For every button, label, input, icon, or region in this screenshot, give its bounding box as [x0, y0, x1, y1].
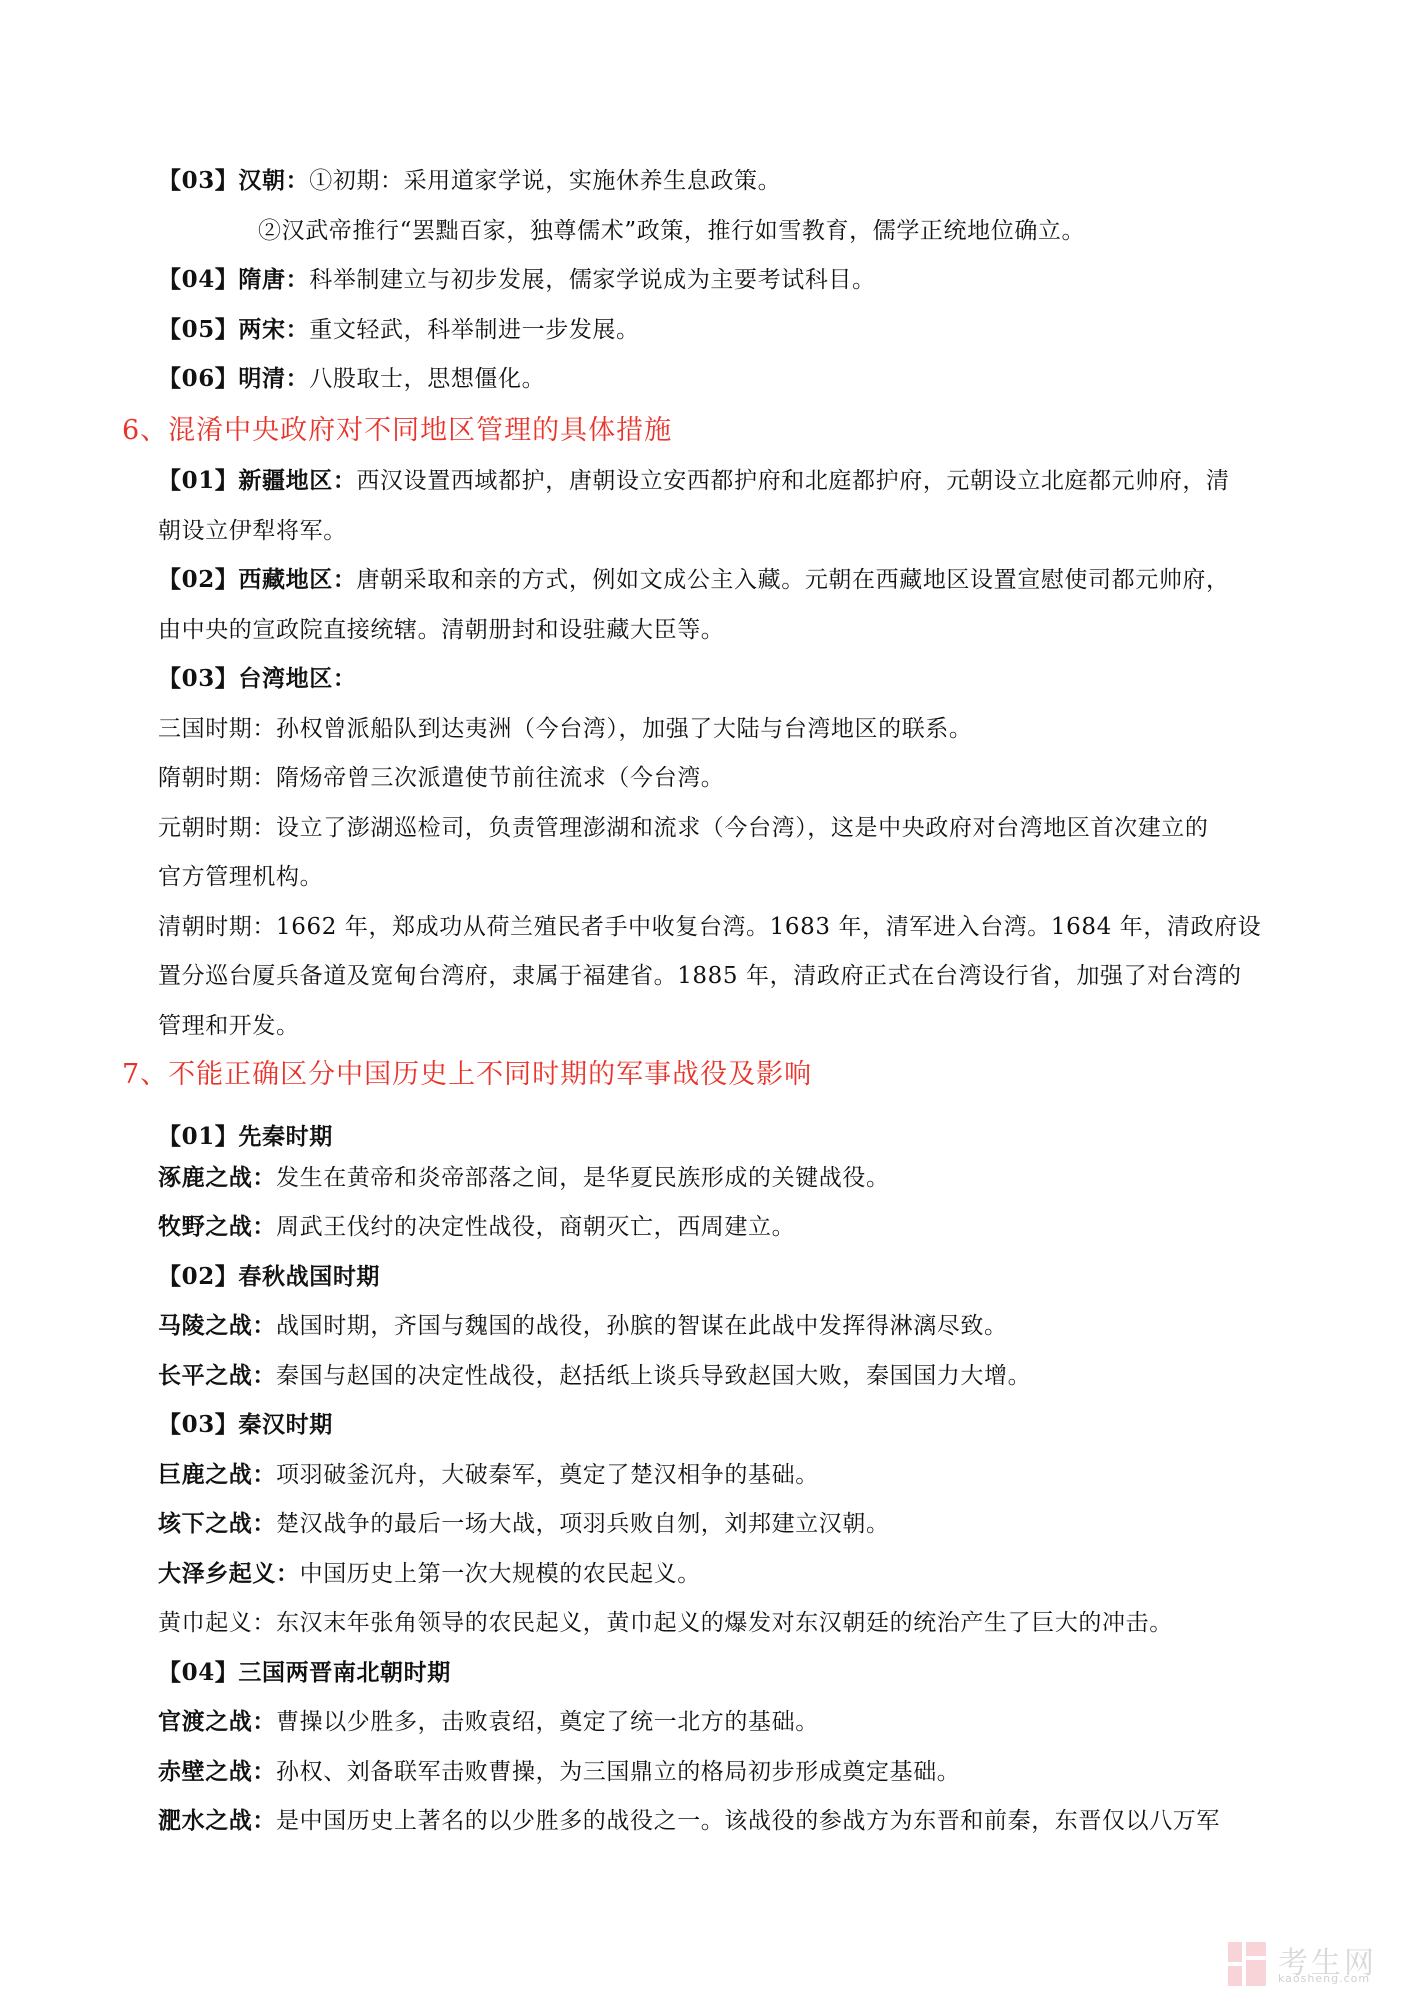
- item-tag: 【01】: [158, 1123, 238, 1150]
- period-title: 三国两晋南北朝时期: [238, 1659, 450, 1686]
- taiwan-qing-line-3: 管理和开发。: [158, 1011, 1298, 1041]
- item-label: 新疆地区：: [238, 467, 356, 494]
- battle-label: 淝水之战：: [158, 1807, 276, 1834]
- item-tag: 【04】: [158, 266, 238, 293]
- item-text: 西汉设置西域都护，唐朝设立安西都护府和北庭都护府，元朝设立北庭都元帅府，清: [356, 468, 1229, 494]
- item-tag: 【01】: [158, 467, 238, 494]
- han-wudi-line: ②汉武帝推行“罢黜百家，独尊儒术”政策，推行如雪教育，儒学正统地位确立。: [258, 216, 1398, 246]
- battle-zhuolu: 涿鹿之战：发生在黄帝和炎帝部落之间，是华夏民族形成的关键战役。: [158, 1163, 1298, 1193]
- period-title: 春秋战国时期: [238, 1263, 380, 1290]
- item-label: 西藏地区：: [238, 566, 356, 593]
- period-3-heading: 【03】秦汉时期: [158, 1410, 1298, 1440]
- period-title: 秦汉时期: [238, 1411, 332, 1438]
- battle-text: 曹操以少胜多，击败袁绍，奠定了统一北方的基础。: [276, 1709, 819, 1735]
- battle-label: 大泽乡起义：: [158, 1560, 300, 1587]
- uprising-huangjin: 黄巾起义：东汉末年张角领导的农民起义，黄巾起义的爆发对东汉朝廷的统治产生了巨大的…: [158, 1608, 1298, 1638]
- item-text: ②汉武帝推行“罢黜百家，独尊儒术”政策，推行如雪教育，儒学正统地位确立。: [258, 218, 1085, 244]
- kaosheng-logo-icon: [1228, 1942, 1266, 1986]
- mingqing-line: 【06】明清：八股取士，思想僵化。: [158, 364, 1298, 394]
- item-label: 台湾地区：: [238, 665, 356, 692]
- xinjiang-line-1: 【01】新疆地区：西汉设置西域都护，唐朝设立安西都护府和北庭都护府，元朝设立北庭…: [158, 466, 1298, 496]
- section-7-heading: 7、不能正确区分中国历史上不同时期的军事战役及影响: [122, 1060, 1262, 1090]
- battle-label: 黄巾起义：: [158, 1610, 276, 1636]
- battle-text: 项羽破釜沉舟，大破秦军，奠定了楚汉相争的基础。: [276, 1462, 819, 1488]
- battle-label: 赤壁之战：: [158, 1758, 276, 1785]
- han-dynasty-line: 【03】汉朝：①初期：采用道家学说，实施休养生息政策。: [158, 166, 1298, 196]
- taiwan-qing-line-1: 清朝时期：1662 年，郑成功从荷兰殖民者手中收复台湾。1683 年，清军进入台…: [158, 912, 1298, 942]
- battle-guandu: 官渡之战：曹操以少胜多，击败袁绍，奠定了统一北方的基础。: [158, 1707, 1298, 1737]
- item-text: 唐朝采取和亲的方式，例如文成公主入藏。元朝在西藏地区设置宣慰使司都元帅府，: [356, 567, 1229, 593]
- battle-text: 楚汉战争的最后一场大战，项羽兵败自刎，刘邦建立汉朝。: [276, 1511, 890, 1537]
- item-tag: 【06】: [158, 365, 238, 392]
- item-tag: 【04】: [158, 1659, 238, 1686]
- item-text: ①初期：采用道家学说，实施休养生息政策。: [309, 168, 781, 194]
- taiwan-yuan-line-1: 元朝时期：设立了澎湖巡检司，负责管理澎湖和流求（今台湾），这是中央政府对台湾地区…: [158, 813, 1298, 843]
- battle-feishui: 淝水之战：是中国历史上著名的以少胜多的战役之一。该战役的参战方为东晋和前秦，东晋…: [158, 1806, 1298, 1836]
- item-text: 科举制建立与初步发展，儒家学说成为主要考试科目。: [309, 267, 875, 293]
- taiwan-qing-line-2: 置分巡台厦兵备道及宽甸台湾府，隶属于福建省。1885 年，清政府正式在台湾设行省…: [158, 961, 1298, 991]
- item-text: 八股取士，思想僵化。: [309, 366, 545, 392]
- battle-text: 孙权、刘备联军击败曹操，为三国鼎立的格局初步形成奠定基础。: [276, 1759, 960, 1785]
- section-6-heading: 6、混淆中央政府对不同地区管理的具体措施: [122, 416, 1262, 446]
- battle-maling: 马陵之战：战国时期，齐国与魏国的战役，孙膑的智谋在此战中发挥得淋漓尽致。: [158, 1311, 1298, 1341]
- item-tag: 【02】: [158, 1263, 238, 1290]
- period-1-heading: 【01】先秦时期: [158, 1122, 1298, 1152]
- uprising-dazexiang: 大泽乡起义：中国历史上第一次大规模的农民起义。: [158, 1559, 1298, 1589]
- watermark-en-text: kaosheng.com: [1278, 1972, 1370, 1985]
- period-2-heading: 【02】春秋战国时期: [158, 1262, 1298, 1292]
- period-title: 先秦时期: [238, 1123, 332, 1150]
- xizang-line-1: 【02】西藏地区：唐朝采取和亲的方式，例如文成公主入藏。元朝在西藏地区设置宣慰使…: [158, 565, 1298, 595]
- battle-label: 官渡之战：: [158, 1708, 276, 1735]
- item-label: 汉朝：: [238, 167, 309, 194]
- battle-label: 垓下之战：: [158, 1510, 276, 1537]
- item-tag: 【03】: [158, 665, 238, 692]
- period-4-heading: 【04】三国两晋南北朝时期: [158, 1658, 1298, 1688]
- taiwan-subheading: 【03】台湾地区：: [158, 664, 1298, 694]
- battle-julu: 巨鹿之战：项羽破釜沉舟，大破秦军，奠定了楚汉相争的基础。: [158, 1460, 1298, 1490]
- battle-text: 秦国与赵国的决定性战役，赵括纸上谈兵导致赵国大败，秦国国力大增。: [276, 1363, 1031, 1389]
- battle-text: 发生在黄帝和炎帝部落之间，是华夏民族形成的关键战役。: [276, 1165, 890, 1191]
- suitang-line: 【04】隋唐：科举制建立与初步发展，儒家学说成为主要考试科目。: [158, 265, 1298, 295]
- item-label: 隋唐：: [238, 266, 309, 293]
- battle-changping: 长平之战：秦国与赵国的决定性战役，赵括纸上谈兵导致赵国大败，秦国国力大增。: [158, 1361, 1298, 1391]
- item-text: 重文轻武，科举制进一步发展。: [309, 317, 639, 343]
- battle-text: 周武王伐纣的决定性战役，商朝灭亡，西周建立。: [276, 1214, 795, 1240]
- item-tag: 【03】: [158, 1411, 238, 1438]
- battle-label: 马陵之战：: [158, 1312, 276, 1339]
- xizang-line-2: 由中央的宣政院直接统辖。清朝册封和设驻藏大臣等。: [158, 615, 1298, 645]
- battle-label: 牧野之战：: [158, 1213, 276, 1240]
- item-tag: 【02】: [158, 566, 238, 593]
- kaosheng-watermark: 考生网 kaosheng.com: [1228, 1940, 1408, 1990]
- item-tag: 【05】: [158, 316, 238, 343]
- document-page: 【03】汉朝：①初期：采用道家学说，实施休养生息政策。 ②汉武帝推行“罢黜百家，…: [0, 0, 1412, 2008]
- item-label: 明清：: [238, 365, 309, 392]
- song-line: 【05】两宋：重文轻武，科举制进一步发展。: [158, 315, 1298, 345]
- battle-muye: 牧野之战：周武王伐纣的决定性战役，商朝灭亡，西周建立。: [158, 1212, 1298, 1242]
- battle-label: 涿鹿之战：: [158, 1164, 276, 1191]
- battle-gaixia: 垓下之战：楚汉战争的最后一场大战，项羽兵败自刎，刘邦建立汉朝。: [158, 1509, 1298, 1539]
- battle-text: 战国时期，齐国与魏国的战役，孙膑的智谋在此战中发挥得淋漓尽致。: [276, 1313, 1008, 1339]
- battle-text: 中国历史上第一次大规模的农民起义。: [300, 1561, 701, 1587]
- item-label: 两宋：: [238, 316, 309, 343]
- battle-text: 东汉末年张角领导的农民起义，黄巾起义的爆发对东汉朝廷的统治产生了巨大的冲击。: [276, 1610, 1173, 1636]
- battle-label: 巨鹿之战：: [158, 1461, 276, 1488]
- battle-label: 长平之战：: [158, 1362, 276, 1389]
- xinjiang-line-2: 朝设立伊犁将军。: [158, 516, 1298, 546]
- taiwan-sui-line: 隋朝时期：隋炀帝曾三次派遣使节前往流求（今台湾。: [158, 763, 1298, 793]
- battle-text: 是中国历史上著名的以少胜多的战役之一。该战役的参战方为东晋和前秦，东晋仅以八万军: [276, 1808, 1220, 1834]
- taiwan-sanguo-line: 三国时期：孙权曾派船队到达夷洲（今台湾），加强了大陆与台湾地区的联系。: [158, 714, 1298, 744]
- item-tag: 【03】: [158, 167, 238, 194]
- battle-chibi: 赤壁之战：孙权、刘备联军击败曹操，为三国鼎立的格局初步形成奠定基础。: [158, 1757, 1298, 1787]
- taiwan-yuan-line-2: 官方管理机构。: [158, 862, 1298, 892]
